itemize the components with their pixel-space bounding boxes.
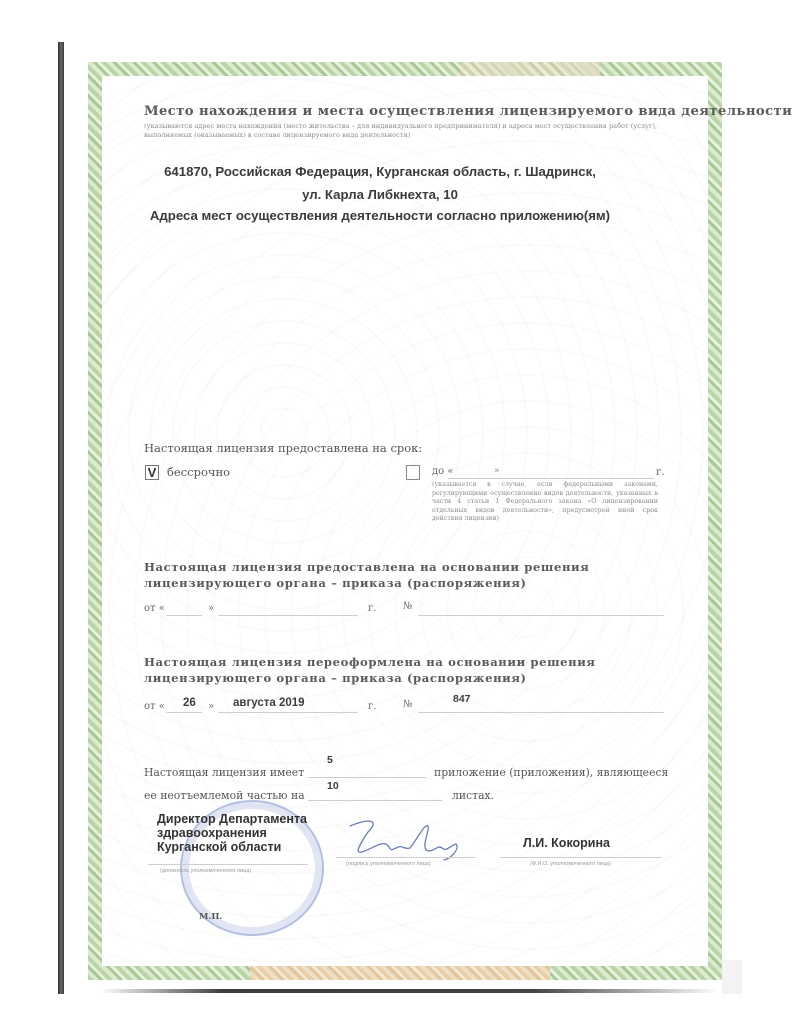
attachments-line1-suffix: приложение (приложения), являющееся bbox=[434, 766, 668, 779]
until-year-suffix: г. bbox=[656, 466, 665, 478]
signatory-position-line-1: Директор Департамента bbox=[157, 812, 327, 826]
reissue-quote-close: » bbox=[208, 701, 214, 712]
attachments-sheets-field[interactable] bbox=[308, 800, 442, 801]
address-line-3: Адреса мест осуществления деятельности с… bbox=[140, 208, 620, 223]
until-note: (указывается в случае, если федеральными… bbox=[432, 481, 658, 524]
signatory-position-line-3: Курганской области bbox=[157, 840, 327, 854]
reissue-number-value: 847 bbox=[453, 693, 471, 705]
reissue-number-label: № bbox=[403, 699, 412, 710]
signatory-position-line-2: здравоохранения bbox=[157, 826, 327, 840]
attachments-sheets-value: 10 bbox=[327, 780, 339, 792]
license-document: Место нахождения и места осуществления л… bbox=[0, 0, 800, 1036]
basis-quote-close: » bbox=[208, 603, 214, 614]
until-date-field[interactable] bbox=[448, 478, 654, 479]
seal-label: М.П. bbox=[199, 912, 222, 922]
position-caption: (должность уполномоченного лица) bbox=[160, 868, 251, 874]
basis-number-label: № bbox=[403, 601, 412, 612]
name-line bbox=[500, 857, 662, 858]
signatory-name: Л.И. Кокорина bbox=[523, 836, 610, 850]
reissue-year-suffix: г. bbox=[368, 701, 376, 712]
attachments-count-value: 5 bbox=[327, 754, 333, 766]
attachments-line2-prefix: ее неотъемлемой частью на bbox=[144, 789, 305, 802]
address-line-1: 641870, Российская Федерация, Курганская… bbox=[140, 164, 620, 179]
until-date-checkbox[interactable] bbox=[406, 465, 420, 480]
signature-line bbox=[336, 857, 476, 858]
basis-month-field[interactable] bbox=[218, 615, 358, 616]
attachments-line1-prefix: Настоящая лицензия имеет bbox=[144, 766, 304, 779]
section-title-location: Место нахождения и места осуществления л… bbox=[144, 104, 684, 119]
reissue-number-field[interactable] bbox=[418, 712, 664, 713]
until-quote-close: » bbox=[494, 466, 500, 476]
basis-from-prefix: от « bbox=[144, 603, 165, 614]
section-subtitle-location: (указываются адрес места нахождения (мес… bbox=[144, 122, 680, 140]
until-prefix: до « bbox=[432, 466, 453, 477]
reissue-month-year-value: августа 2019 bbox=[233, 697, 305, 709]
basis-day-field[interactable] bbox=[166, 615, 202, 616]
basis-number-field[interactable] bbox=[418, 615, 664, 616]
name-caption: (Ф.И.О. уполномоченного лица) bbox=[530, 861, 611, 867]
perpetual-label: бессрочно bbox=[167, 465, 230, 479]
reissue-day-field[interactable] bbox=[166, 712, 202, 713]
attachments-count-field[interactable] bbox=[308, 777, 426, 778]
reissue-title: Настоящая лицензия переоформлена на осно… bbox=[144, 654, 684, 686]
attachments-line2-suffix: листах. bbox=[452, 789, 494, 802]
basis-year-suffix: г. bbox=[368, 603, 376, 614]
signature-caption: (подпись уполномоченного лица) bbox=[346, 861, 431, 867]
term-label: Настоящая лицензия предоставлена на срок… bbox=[144, 441, 422, 455]
reissue-from-prefix: от « bbox=[144, 701, 165, 712]
basis-title: Настоящая лицензия предоставлена на осно… bbox=[144, 559, 684, 591]
signatory-position: Директор Департамента здравоохранения Ку… bbox=[157, 812, 327, 854]
perpetual-checkbox[interactable]: V bbox=[145, 465, 159, 480]
address-line-2: ул. Карла Либкнехта, 10 bbox=[140, 187, 620, 202]
reissue-month-field[interactable] bbox=[218, 712, 358, 713]
reissue-day-value: 26 bbox=[183, 697, 196, 709]
position-line bbox=[148, 864, 308, 865]
